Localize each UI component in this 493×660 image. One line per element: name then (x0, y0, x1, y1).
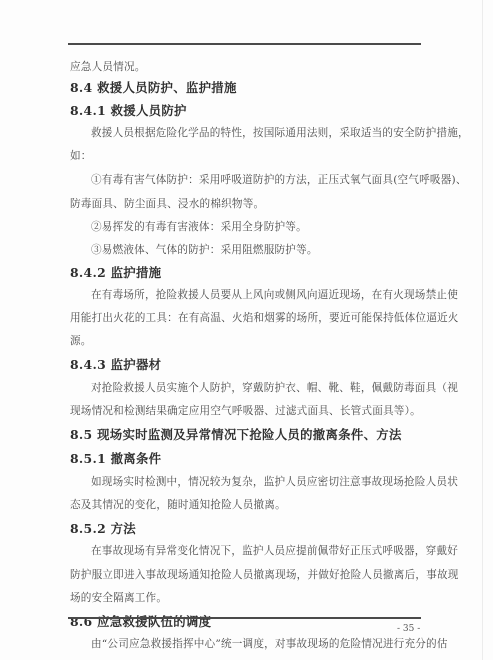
paragraph-line: 源。 (70, 333, 92, 348)
footer-rule (68, 617, 421, 619)
header-rule (68, 43, 421, 45)
section-heading: 8.4.3 监护器材 (70, 355, 161, 373)
paragraph-line: 对抢险救援人员实施个人防护，穿戴防护衣、帽、靴、鞋，佩戴防毒面具（视 (91, 380, 458, 395)
paragraph-line: ①有毒有害气体防护：采用呼吸道防护的方法，正压式氧气面具(空气呼吸器)、 (91, 172, 467, 187)
paragraph-line: ②易挥发的有毒有害液体：采用全身防护等。 (91, 219, 307, 234)
paragraph-line: 应急人员情况。 (70, 59, 146, 74)
paragraph-line: 现场情况和检测结果确定应用空气呼吸器、过滤式面具、长管式面具等）。 (70, 403, 421, 418)
section-heading: 8.5.1 撤离条件 (70, 449, 161, 467)
section-heading: 8.5.2 方法 (70, 519, 136, 537)
section-heading: 8.4 救援人员防护、监护措施 (70, 78, 237, 96)
section-heading: 8.4.1 救援人员防护 (70, 101, 187, 119)
paragraph-line: 如： (70, 148, 92, 163)
paragraph-line: 如现场实时检测中，情况较为复杂，监护人员应密切注意事故现场抢险人员状 (91, 474, 458, 489)
paragraph-line: ③易燃液体、气体的防护：采用阻燃服防护等。 (91, 242, 318, 257)
paragraph-line: 防毒面具、防尘面具、浸水的棉织物等。 (70, 196, 264, 211)
paragraph-line: 救援人员根据危险化学品的特性，按国际通用法则，采取适当的安全防护措施， (91, 125, 469, 140)
page-edge (482, 0, 483, 660)
paragraph-line: 场的安全隔离工作。 (70, 590, 167, 605)
paragraph-line: 由“公司应急救援指挥中心”统一调度，对事故现场的危险情况进行充分的估 (91, 636, 448, 651)
page-number: - 35 - (397, 624, 420, 634)
paragraph-line: 在事故现场有异常变化情况下，监护人员应提前佩带好正压式呼吸器，穿戴好 (91, 543, 458, 558)
paragraph-line: 用能打出火花的工具：在有高温、火焰和烟雾的场所，要近可能保持低体位逼近火 (70, 310, 459, 325)
paragraph-line: 态及其情况的变化，随时通知抢险人员撤离。 (70, 497, 286, 512)
paragraph-line: 在有毒场所，抢险救援人员要从上风向或侧风向逼近现场，在有火现场禁止使 (91, 287, 458, 302)
paragraph-line: 防护服立即进入事故现场通知抢险人员撤离现场，并做好抢险人员撤离后，事故现 (70, 567, 459, 582)
section-heading: 8.6 应急救援队伍的调度 (70, 612, 211, 630)
section-heading: 8.5 现场实时监测及异常情况下抢险人员的撤离条件、方法 (70, 425, 402, 443)
section-heading: 8.4.2 监护措施 (70, 263, 161, 281)
